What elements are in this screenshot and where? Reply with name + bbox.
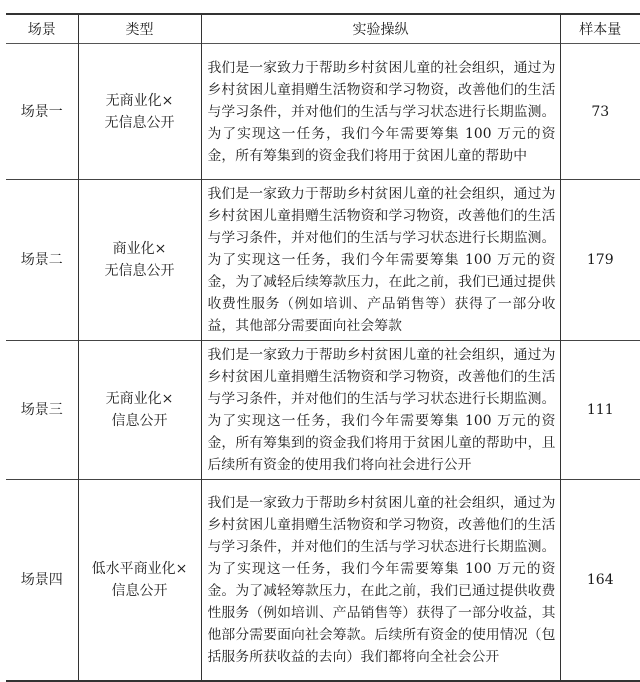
type-line2: 无信息公开	[79, 112, 201, 134]
scene-cell: 场景四	[6, 480, 78, 681]
type-line1: 商业化×	[79, 238, 201, 260]
type-line2: 信息公开	[79, 580, 201, 602]
sample-size-cell: 179	[560, 180, 640, 341]
type-cell: 商业化× 无信息公开	[78, 180, 201, 341]
manipulation-cell: 我们是一家致力于帮助乡村贫困儿童的社会组织，通过为乡村贫困儿童捐赠生活物资和学习…	[201, 44, 560, 180]
manipulation-cell: 我们是一家致力于帮助乡村贫困儿童的社会组织，通过为乡村贫困儿童捐赠生活物资和学习…	[201, 480, 560, 681]
scene-cell: 场景一	[6, 44, 78, 180]
manipulation-cell: 我们是一家致力于帮助乡村贫困儿童的社会组织，通过为乡村贫困儿童捐赠生活物资和学习…	[201, 341, 560, 480]
header-sample-size: 样本量	[560, 14, 640, 44]
table-row: 场景二 商业化× 无信息公开 我们是一家致力于帮助乡村贫困儿童的社会组织，通过为…	[6, 180, 640, 341]
header-row: 场景 类型 实验操纵 样本量	[6, 14, 640, 44]
type-line2: 信息公开	[79, 410, 201, 432]
experiment-table: 场景 类型 实验操纵 样本量 场景一 无商业化× 无信息公开 我们是一家致力于帮…	[6, 13, 640, 682]
type-line2: 无信息公开	[79, 260, 201, 282]
table-row: 场景四 低水平商业化× 信息公开 我们是一家致力于帮助乡村贫困儿童的社会组织，通…	[6, 480, 640, 681]
type-line1: 无商业化×	[79, 90, 201, 112]
header-manipulation: 实验操纵	[201, 14, 560, 44]
scene-cell: 场景二	[6, 180, 78, 341]
header-scene: 场景	[6, 14, 78, 44]
table-row: 场景三 无商业化× 信息公开 我们是一家致力于帮助乡村贫困儿童的社会组织，通过为…	[6, 341, 640, 480]
header-type: 类型	[78, 14, 201, 44]
type-cell: 低水平商业化× 信息公开	[78, 480, 201, 681]
manipulation-cell: 我们是一家致力于帮助乡村贫困儿童的社会组织，通过为乡村贫困儿童捐赠生活物资和学习…	[201, 180, 560, 341]
sample-size-cell: 73	[560, 44, 640, 180]
type-line1: 无商业化×	[79, 388, 201, 410]
sample-size-cell: 164	[560, 480, 640, 681]
type-line1: 低水平商业化×	[79, 558, 201, 580]
scene-cell: 场景三	[6, 341, 78, 480]
sample-size-cell: 111	[560, 341, 640, 480]
type-cell: 无商业化× 信息公开	[78, 341, 201, 480]
table-row: 场景一 无商业化× 无信息公开 我们是一家致力于帮助乡村贫困儿童的社会组织，通过…	[6, 44, 640, 180]
type-cell: 无商业化× 无信息公开	[78, 44, 201, 180]
